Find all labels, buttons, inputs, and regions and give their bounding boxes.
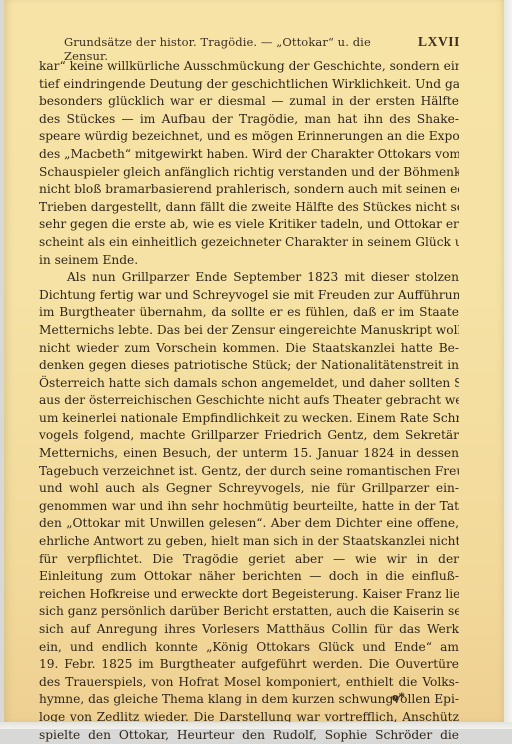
text-line: genommen war und ihn sehr hochmütig beur…: [39, 498, 459, 516]
text-line: ein, und endlich konnte „König Ottokars …: [39, 639, 459, 657]
text-line: tief eindringende Deutung der geschichtl…: [39, 76, 459, 94]
body-text: kar“ keine willkürliche Ausschmückung de…: [39, 58, 459, 729]
text-line: den „Ottokar mit Unwillen gelesen“. Aber…: [39, 515, 459, 533]
text-line: denken gegen dieses patriotische Stück; …: [39, 357, 459, 375]
text-line: für verpflichtet. Die Tragödie geriet ab…: [39, 551, 459, 569]
text-line: speare würdig bezeichnet, und es mögen E…: [39, 128, 459, 146]
text-line: kar“ keine willkürliche Ausschmückung de…: [39, 58, 459, 76]
text-line: reichen Hofkreise und erweckte dort Bege…: [39, 586, 459, 604]
text-line: um keinerlei nationale Empfindlichkeit z…: [39, 410, 459, 428]
page-bottom-margin: [0, 722, 512, 729]
text-line: scheint als ein einheitlich gezeichneter…: [39, 234, 459, 252]
text-line: des Stückes — im Aufbau der Tragödie, ma…: [39, 111, 459, 129]
signature-mark: o*: [392, 689, 405, 705]
text-line: des „Macbeth“ mitgewirkt haben. Wird der…: [39, 146, 459, 164]
text-line: besonders glücklich war er diesmal — zum…: [39, 93, 459, 111]
text-line: sich auf Anregung ihres Vorlesers Matthä…: [39, 621, 459, 639]
text-line: nicht bloß bramarbasierend prahlerisch, …: [39, 181, 459, 199]
book-page: Grundsätze der histor. Tragödie. — „Otto…: [4, 0, 504, 722]
text-line: nicht wieder zum Vorschein kommen. Die S…: [39, 340, 459, 358]
text-line: Tagebuch verzeichnet ist. Gentz, der dur…: [39, 463, 459, 481]
page-number: LXVII: [418, 34, 460, 50]
text-line: und wohl auch als Gegner Schreyvogels, n…: [39, 480, 459, 498]
text-line: Metternichs lebte. Das bei der Zensur ei…: [39, 322, 459, 340]
text-line: sich ganz persönlich darüber Bericht ers…: [39, 603, 459, 621]
text-line: Dichtung fertig war und Schreyvogel sie …: [39, 287, 459, 305]
text-line: vogels folgend, machte Grillparzer Fried…: [39, 427, 459, 445]
page-right-margin: [504, 0, 512, 729]
text-line: sehr gegen die erste ab, wie es viele Kr…: [39, 216, 459, 234]
text-line: Einleitung zum Ottokar näher berichten —…: [39, 568, 459, 586]
text-line: aus der österreichischen Geschichte nich…: [39, 392, 459, 410]
text-line: Trieben dargestellt, dann fällt die zwei…: [39, 199, 459, 217]
text-line: ehrliche Antwort zu geben, hielt man sic…: [39, 533, 459, 551]
text-line: 19. Febr. 1825 im Burgtheater aufgeführt…: [39, 656, 459, 674]
text-line: Österreich hatte sich damals schon angem…: [39, 375, 459, 393]
text-line: Schauspieler gleich anfänglich richtig v…: [39, 164, 459, 182]
text-line: im Burgtheater übernahm, da sollte er es…: [39, 304, 459, 322]
paragraph-end-line: in seinem Ende.: [39, 252, 459, 270]
text-line: Metternichs, einen Besuch, der unterm 15…: [39, 445, 459, 463]
paragraph-start-line: Als nun Grillparzer Ende September 1823 …: [39, 269, 459, 287]
